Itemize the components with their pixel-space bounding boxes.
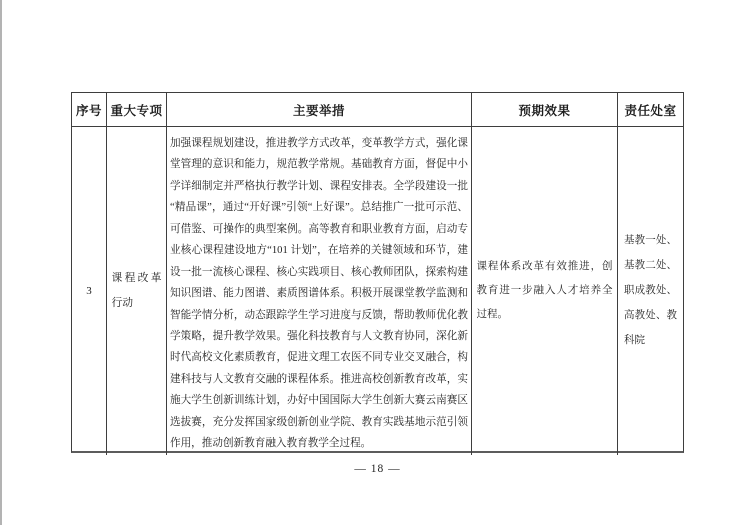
table-row: 3 课程改革行动 加强课程规划建设，推进教学方式改革，变革教学方式，强化课堂管理… xyxy=(72,127,683,455)
document-page: 序号 重大专项 主要举措 预期效果 责任处室 3 课程改革行动 加强课程规划建设… xyxy=(0,0,748,525)
cell-expected-results: 课程体系改革有效推进，创新教育进一步融入人才培养全过程。 xyxy=(472,127,618,455)
cell-main-measures: 加强课程规划建设，推进教学方式改革，变革教学方式，强化课堂管理的意识和能力，规范… xyxy=(167,127,472,455)
page-number: — 18 — xyxy=(71,463,684,475)
header-expected-results: 预期效果 xyxy=(472,93,618,126)
cell-serial-number: 3 xyxy=(72,127,107,455)
table-header-row: 序号 重大专项 主要举措 预期效果 责任处室 xyxy=(72,93,683,127)
header-main-measures: 主要举措 xyxy=(167,93,472,126)
header-major-project: 重大专项 xyxy=(107,93,167,126)
page-left-edge xyxy=(0,0,2,525)
header-serial-number: 序号 xyxy=(72,93,107,126)
cell-responsible-office: 基教一处、基教二处、职成教处、高教处、教科院 xyxy=(618,127,683,455)
action-plan-table: 序号 重大专项 主要举措 预期效果 责任处室 3 课程改革行动 加强课程规划建设… xyxy=(71,92,684,453)
responsible-office-text: 基教一处、基教二处、职成教处、高教处、教科院 xyxy=(624,228,677,353)
cell-major-project: 课程改革行动 xyxy=(107,127,167,455)
major-project-text: 课程改革行动 xyxy=(112,266,162,316)
expected-results-text: 课程体系改革有效推进，创新教育进一步融入人才培养全过程。 xyxy=(477,255,613,327)
header-responsible-office: 责任处室 xyxy=(618,93,683,126)
